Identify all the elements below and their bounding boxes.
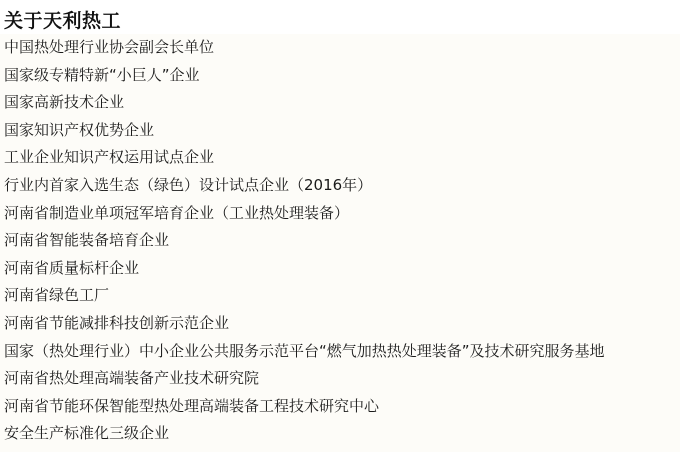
honor-item: 中国热处理行业协会副会长单位 xyxy=(4,34,680,62)
honor-item: 国家知识产权优势企业 xyxy=(4,117,680,145)
honor-item: 河南省节能环保智能型热处理高端装备工程技术研究中心 xyxy=(4,393,680,421)
honor-item: 行业内首家入选生态（绿色）设计试点企业（2016年） xyxy=(4,172,680,200)
honor-item: 国家级专精特新“小巨人”企业 xyxy=(4,62,680,90)
honors-panel: 中国热处理行业协会副会长单位 国家级专精特新“小巨人”企业 国家高新技术企业 国… xyxy=(0,34,680,452)
honor-item: 河南省智能装备培育企业 xyxy=(4,227,680,255)
honor-item: 安全生产标准化三级企业 xyxy=(4,420,680,448)
honor-item: 工业企业知识产权运用试点企业 xyxy=(4,144,680,172)
honor-item: 国家（热处理行业）中小企业公共服务示范平台“燃气加热热处理装备”及技术研究服务基… xyxy=(4,338,680,366)
honors-list: 中国热处理行业协会副会长单位 国家级专精特新“小巨人”企业 国家高新技术企业 国… xyxy=(0,34,680,448)
honor-item: 河南省热处理高端装备产业技术研究院 xyxy=(4,365,680,393)
section-title: 关于天利热工 xyxy=(4,8,121,34)
honor-item: 河南省绿色工厂 xyxy=(4,282,680,310)
honor-item: 河南省质量标杆企业 xyxy=(4,255,680,283)
honor-item: 河南省节能减排科技创新示范企业 xyxy=(4,310,680,338)
honor-item: 国家高新技术企业 xyxy=(4,89,680,117)
honor-item: 河南省制造业单项冠军培育企业（工业热处理装备） xyxy=(4,200,680,228)
